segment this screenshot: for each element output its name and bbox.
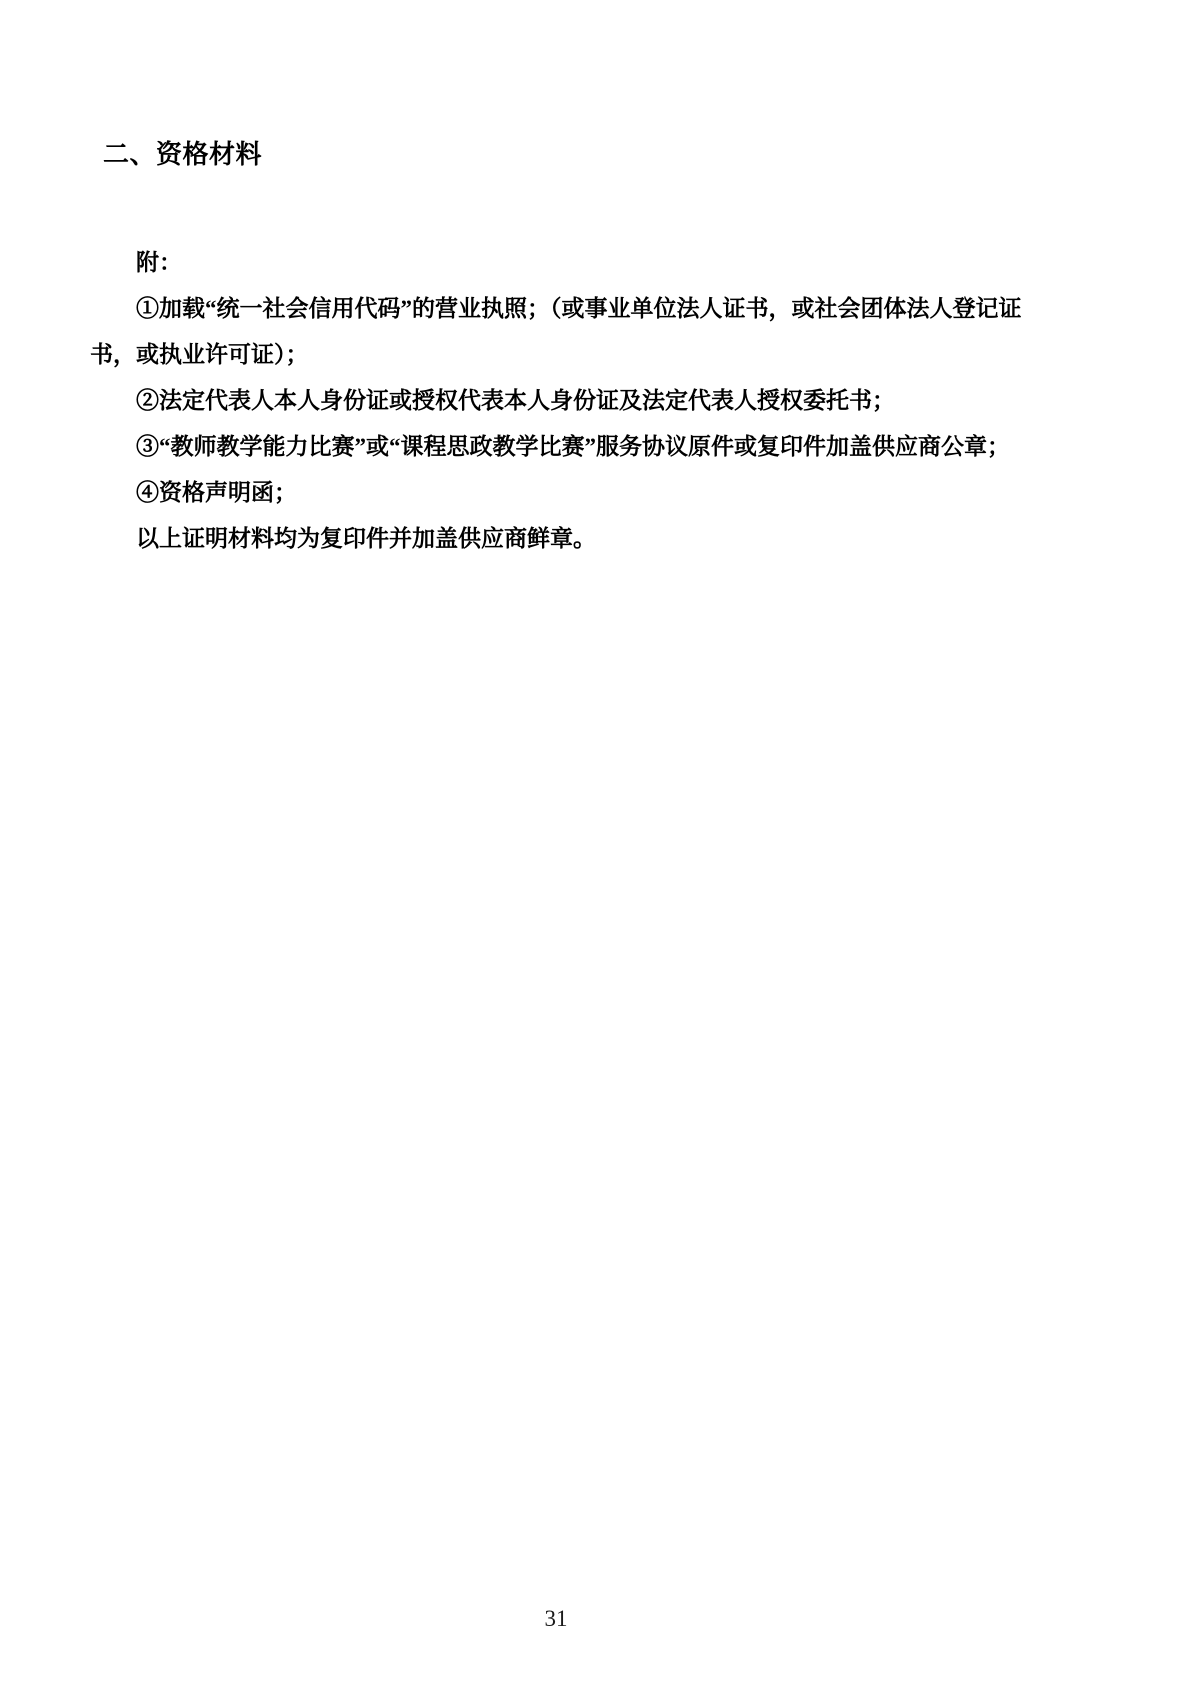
paragraph-item-2-id-authorization: ②法定代表人本人身份证或授权代表本人身份证及法定代表人授权委托书； bbox=[90, 378, 1022, 424]
section-heading: 二、资格材料 bbox=[103, 138, 262, 172]
paragraph-item-3-service-agreement: ③“教师教学能力比赛”或“课程思政教学比赛”服务协议原件或复印件加盖供应商公章； bbox=[90, 424, 1022, 470]
document-page: 二、资格材料 附： ①加载“统一社会信用代码”的营业执照；（或事业单位法人证书，… bbox=[0, 0, 1191, 1684]
paragraph-attachment-label: 附： bbox=[90, 240, 1022, 286]
document-body: 附： ①加载“统一社会信用代码”的营业执照；（或事业单位法人证书，或社会团体法人… bbox=[90, 240, 1022, 562]
paragraph-item-1-business-license: ①加载“统一社会信用代码”的营业执照；（或事业单位法人证书，或社会团体法人登记证… bbox=[90, 286, 1022, 378]
paragraph-item-4-qualification-letter: ④资格声明函； bbox=[90, 470, 1022, 516]
paragraph-closing-note: 以上证明材料均为复印件并加盖供应商鲜章。 bbox=[90, 516, 1022, 562]
page-number: 31 bbox=[90, 1606, 1022, 1632]
